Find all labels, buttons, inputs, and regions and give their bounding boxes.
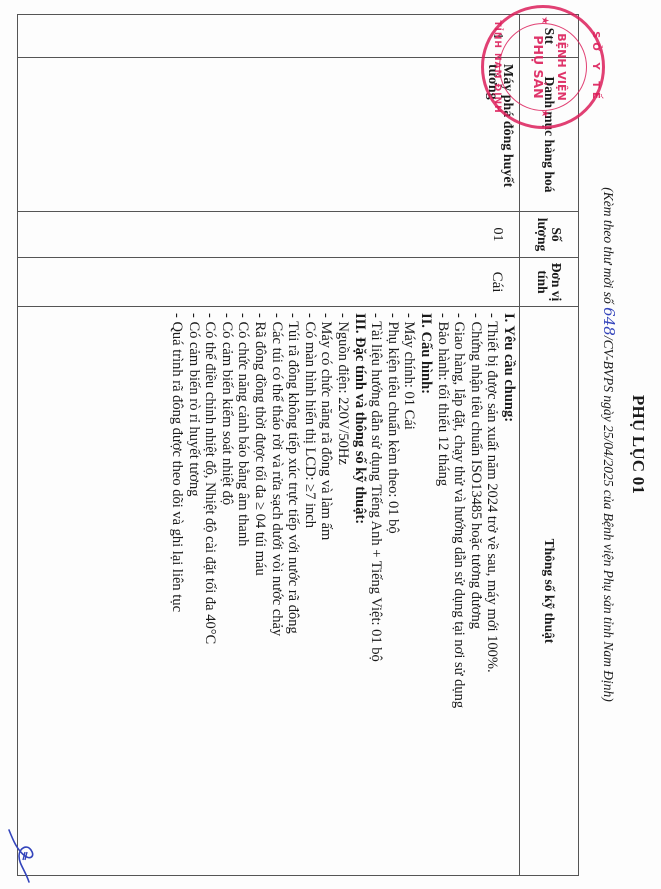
header-unit: Đơn vị tính <box>520 258 579 307</box>
spec-item: - Máy có chức năng rã đông và làm ấm <box>318 313 335 871</box>
handwritten-letter-number: 648 <box>600 307 618 336</box>
spec-item: - Giao hàng, lắp đặt, chạy thử và hướng … <box>451 313 468 871</box>
spec-item: - Túi rã đông không tiếp xúc trực tiếp v… <box>285 313 302 871</box>
document-viewport: PHỤ LỤC 01 (Kèm theo thư mời số 648/CV-B… <box>0 0 661 889</box>
spec-item: - Có cảm biến rò rỉ huyết tương <box>185 313 202 871</box>
stamp-center-line2: PHỤ SẢN <box>531 8 546 126</box>
page-subtitle: (Kèm theo thư mời số 648/CV-BVPS ngày 25… <box>600 0 618 889</box>
handwritten-initials-icon <box>3 826 39 886</box>
spec-item: - Có cảm biến kiểm soát nhiệt độ <box>218 313 235 871</box>
spec-item: - Có thể điều chỉnh nhiệt độ, Nhiệt độ c… <box>202 313 219 871</box>
stamp-center-line1: BỆNH VIỆN <box>555 8 568 126</box>
spec-section-heading: II. Cấu hình: <box>417 313 434 871</box>
spec-item: - Thiết bị được sản xuất năm 2024 trở về… <box>484 313 501 871</box>
spec-item: - Máy chính: 01 Cái <box>401 313 418 871</box>
spec-item: - Phụ kiện tiêu chuẩn kèm theo: 01 bộ <box>384 313 401 871</box>
cell-quantity: 01 <box>18 212 520 258</box>
header-specifications: Thông số kỹ thuật <box>520 307 579 876</box>
spec-item: - Nguồn điện: 220V/50Hz <box>334 313 351 871</box>
hospital-stamp: SỞ Y TẾ ★ ★ BỆNH VIỆN PHỤ SẢN TỈNH NAM Đ… <box>481 5 605 129</box>
subtitle-prefix: (Kèm theo thư mời số <box>601 187 616 307</box>
stamp-ring-top-text: SỞ Y TẾ <box>590 8 601 126</box>
spec-list: I. Yêu cầu chung:- Thiết bị được sản xuấ… <box>169 313 517 871</box>
cell-specifications: I. Yêu cầu chung:- Thiết bị được sản xuấ… <box>18 307 520 876</box>
table-header-row: Stt Danh mục hàng hoá Số lượng Đơn vị tí… <box>520 15 579 876</box>
cell-stt: 1 <box>18 15 520 58</box>
spec-item: - Bảo hành: tối thiểu 12 tháng <box>434 313 451 871</box>
header-quantity: Số lượng <box>520 212 579 258</box>
cell-unit: Cái <box>18 258 520 307</box>
table-row: 1 Máy phá đông huyết tương 01 Cái I. Yêu… <box>18 15 520 876</box>
page-title: PHỤ LỤC 01 <box>628 0 648 889</box>
subtitle-suffix: /CV-BVPS ngày 25/04/2025 của Bệnh viện P… <box>601 336 616 702</box>
cell-item-name: Máy phá đông huyết tương <box>18 58 520 212</box>
equipment-spec-table: Stt Danh mục hàng hoá Số lượng Đơn vị tí… <box>17 14 579 876</box>
spec-item: - Có màn hình hiển thị LCD: ≥7 inch <box>301 313 318 871</box>
spec-item: - Có chức năng cảnh báo bằng âm thanh <box>235 313 252 871</box>
spec-section-heading: III. Đặc tính và thông số kỹ thuật: <box>351 313 368 871</box>
spec-item: - Quá trình rã đông được theo dõi và ghi… <box>169 313 186 871</box>
spec-item: - Tài liệu hướng dẫn sử dụng Tiếng Anh +… <box>368 313 385 871</box>
spec-section-heading: I. Yêu cầu chung: <box>500 313 517 871</box>
stamp-ring-bottom-text: TỈNH NAM ĐỊNH <box>492 8 502 126</box>
spec-item: - Rã đông đồng thời được tối đa ≥ 04 túi… <box>252 313 269 871</box>
spec-item: - Chứng nhận tiêu chuẩn ISO13485 hoặc tư… <box>467 313 484 871</box>
spec-item: - Các túi có thể tháo rời và rửa sạch dư… <box>268 313 285 871</box>
document-page: PHỤ LỤC 01 (Kèm theo thư mời số 648/CV-B… <box>0 0 661 889</box>
